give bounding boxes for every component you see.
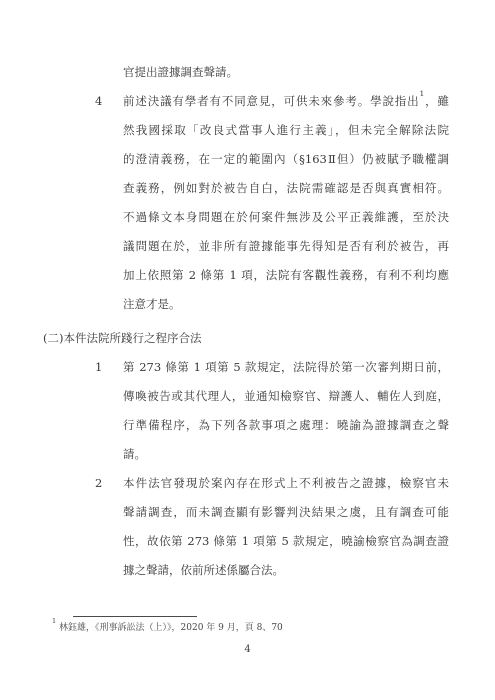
footnote: 1 林鈺雄，《刑事訴訟法（上）》，2020 年 9 月，頁 8、70 (52, 621, 283, 635)
footnote-text: 林鈺雄，《刑事訴訟法（上）》，2020 年 9 月，頁 8、70 (59, 623, 283, 633)
item-text-lines: 第 273 條第 1 項第 5 款規定，法院得於第一次審判期日前，傳喚被告或其代… (123, 353, 449, 469)
text-line: 第 273 條第 1 項第 5 款規定，法院得於第一次審判期日前， (123, 353, 449, 382)
numbered-item-1: 1 第 273 條第 1 項第 5 款規定，法院得於第一次審判期日前，傳喚被告或… (43, 353, 455, 469)
text-line: 聲請調查，而未調查顯有影響判決結果之虞，且有調查可能 (123, 498, 449, 527)
numbered-item-4: 4 前述決議有學者有不同意見，可供未來參考。學說指出1，雖 然我國採取「改良式當… (43, 87, 455, 319)
footnote-number: 1 (52, 617, 56, 625)
text-line: 傳喚被告或其代理人，並通知檢察官、辯護人、輔佐人到庭， (123, 382, 449, 411)
document-page: 官提出證據調查聲請。 4 前述決議有學者有不同意見，可供未來參考。學說指出1，雖… (0, 0, 495, 700)
text-line: 性，故依第 273 條第 1 項第 5 款規定，曉諭檢察官為調查證 (123, 527, 449, 556)
numbered-item-2: 2 本件法官發現於案內存在形式上不利被告之證據，檢察官未聲請調查，而未調查顯有影… (43, 469, 455, 585)
footnote-separator (73, 616, 197, 617)
document-body: 官提出證據調查聲請。 4 前述決議有學者有不同意見，可供未來參考。學說指出1，雖… (43, 58, 455, 585)
text-line: 據之聲請，依前所述係屬合法。 (123, 556, 449, 585)
text-line: 查義務，例如對於被告自白，法院需確認是否與真實相符。 (123, 174, 449, 203)
text-line: 不過條文本身問題在於何案件無涉及公平正義維護，至於決 (123, 203, 449, 232)
text-line: 前述決議有學者有不同意見，可供未來參考。學說指出1，雖 (123, 87, 449, 116)
item-number: 2 (95, 469, 123, 585)
item-text-lines: 本件法官發現於案內存在形式上不利被告之證據，檢察官未聲請調查，而未調查顯有影響判… (123, 469, 449, 585)
text-line: 加上依照第 2 條第 1 項，法院有客觀性義務，有利不利均應 (123, 261, 449, 290)
text-line: 的澄清義務，在一定的範圍內（§163Ⅱ但）仍被賦予職權調 (123, 145, 449, 174)
page-number: 4 (0, 644, 495, 655)
text-line: 然我國採取「改良式當事人進行主義」，但未完全解除法院 (123, 116, 449, 145)
item-number: 1 (95, 353, 123, 469)
paragraph-continuation-line: 官提出證據調查聲請。 (123, 58, 449, 87)
text-line: 注意才是。 (123, 290, 449, 319)
text-segment: ，雖 (424, 94, 449, 108)
text-line: 議問題在於，並非所有證據能事先得知是否有利於被告，再 (123, 232, 449, 261)
footnote-reference: 1 (420, 89, 425, 98)
text-line: 本件法官發現於案內存在形式上不利被告之證據，檢察官未 (123, 469, 449, 498)
item-text: 前述決議有學者有不同意見，可供未來參考。學說指出1，雖 然我國採取「改良式當事人… (123, 87, 449, 319)
section-heading: (二)本件法院所踐行之程序合法 (43, 324, 455, 353)
item-number: 4 (95, 87, 123, 319)
text-line: 請。 (123, 440, 449, 469)
item-text-lines: 然我國採取「改良式當事人進行主義」，但未完全解除法院的澄清義務，在一定的範圍內（… (123, 116, 449, 319)
text-line: 行準備程序，為下列各款事項之處理：曉諭為證據調查之聲 (123, 411, 449, 440)
text-segment: 前述決議有學者有不同意見，可供未來參考。學說指出 (123, 94, 420, 108)
